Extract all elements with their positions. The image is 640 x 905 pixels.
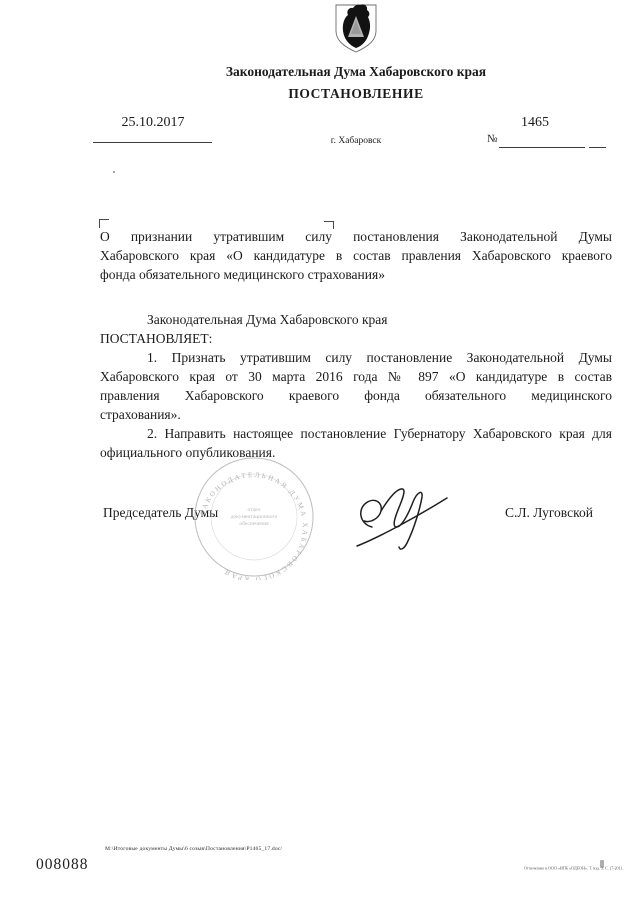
official-round-stamp: ЗАКОНОДАТЕЛЬНАЯ ДУМА ХАБАРОВСКОГО КРАЯ о… bbox=[191, 454, 317, 580]
subject-line: О признании утратившим силу постановлени… bbox=[100, 227, 612, 246]
subject-block: О признании утратившим силу постановлени… bbox=[100, 227, 612, 284]
document-type-title: ПОСТАНОВЛЕНИЕ bbox=[100, 84, 612, 103]
document-date: 25.10.2017 bbox=[93, 115, 213, 131]
body-paragraph-2: 2. Направить настоящее постановление Губ… bbox=[100, 424, 612, 462]
stamp-center-line: документационного bbox=[231, 514, 278, 520]
body-paragraph-1: 1. Признать утратившим силу постановлени… bbox=[100, 348, 612, 424]
body-resolves: ПОСТАНОВЛЯЕТ: bbox=[100, 329, 612, 348]
stamp-center-line: обеспечения bbox=[239, 520, 269, 527]
document-place: г. Хабаровск bbox=[100, 136, 612, 146]
file-path-note: М:\Итоговые документы Думы\6 созыв\Поста… bbox=[105, 845, 282, 851]
body-line: 2. Направить настоящее постановление Губ… bbox=[100, 424, 612, 443]
registration-number: 008088 bbox=[36, 856, 89, 874]
body-line: страхования». bbox=[100, 405, 612, 424]
scan-speck bbox=[113, 171, 115, 173]
body-line: Хабаровского края от 30 марта 2016 года … bbox=[100, 367, 612, 386]
coat-of-arms-khabarovsk-icon bbox=[333, 3, 379, 55]
handwritten-signature bbox=[350, 480, 460, 555]
body-line: официального опубликования. bbox=[100, 443, 612, 462]
body-line: правления Хабаровского краевого фонда об… bbox=[100, 386, 612, 405]
document-page: Законодательная Дума Хабаровского края П… bbox=[0, 0, 640, 905]
signatory-name: С.Л. Луговской bbox=[505, 503, 593, 522]
organization-title: Законодательная Дума Хабаровского края bbox=[100, 62, 612, 81]
body-line: 1. Признать утратившим силу постановлени… bbox=[100, 348, 612, 367]
document-number: 1465 bbox=[500, 115, 570, 131]
subject-line: фонда обязательного медицинского страхов… bbox=[100, 265, 612, 284]
body-intro: Законодательная Дума Хабаровского края bbox=[100, 310, 612, 329]
number-underline-short bbox=[589, 147, 606, 148]
scan-smudge bbox=[600, 860, 604, 868]
stamp-center-line: отдел bbox=[248, 507, 261, 513]
subject-line: Хабаровского края «О кандидатуре в соста… bbox=[100, 246, 612, 265]
print-note: Отпечатано в ООО «ИПБ «ОДЕОН». Т. изд. 3… bbox=[524, 866, 624, 871]
number-underline bbox=[499, 147, 585, 148]
